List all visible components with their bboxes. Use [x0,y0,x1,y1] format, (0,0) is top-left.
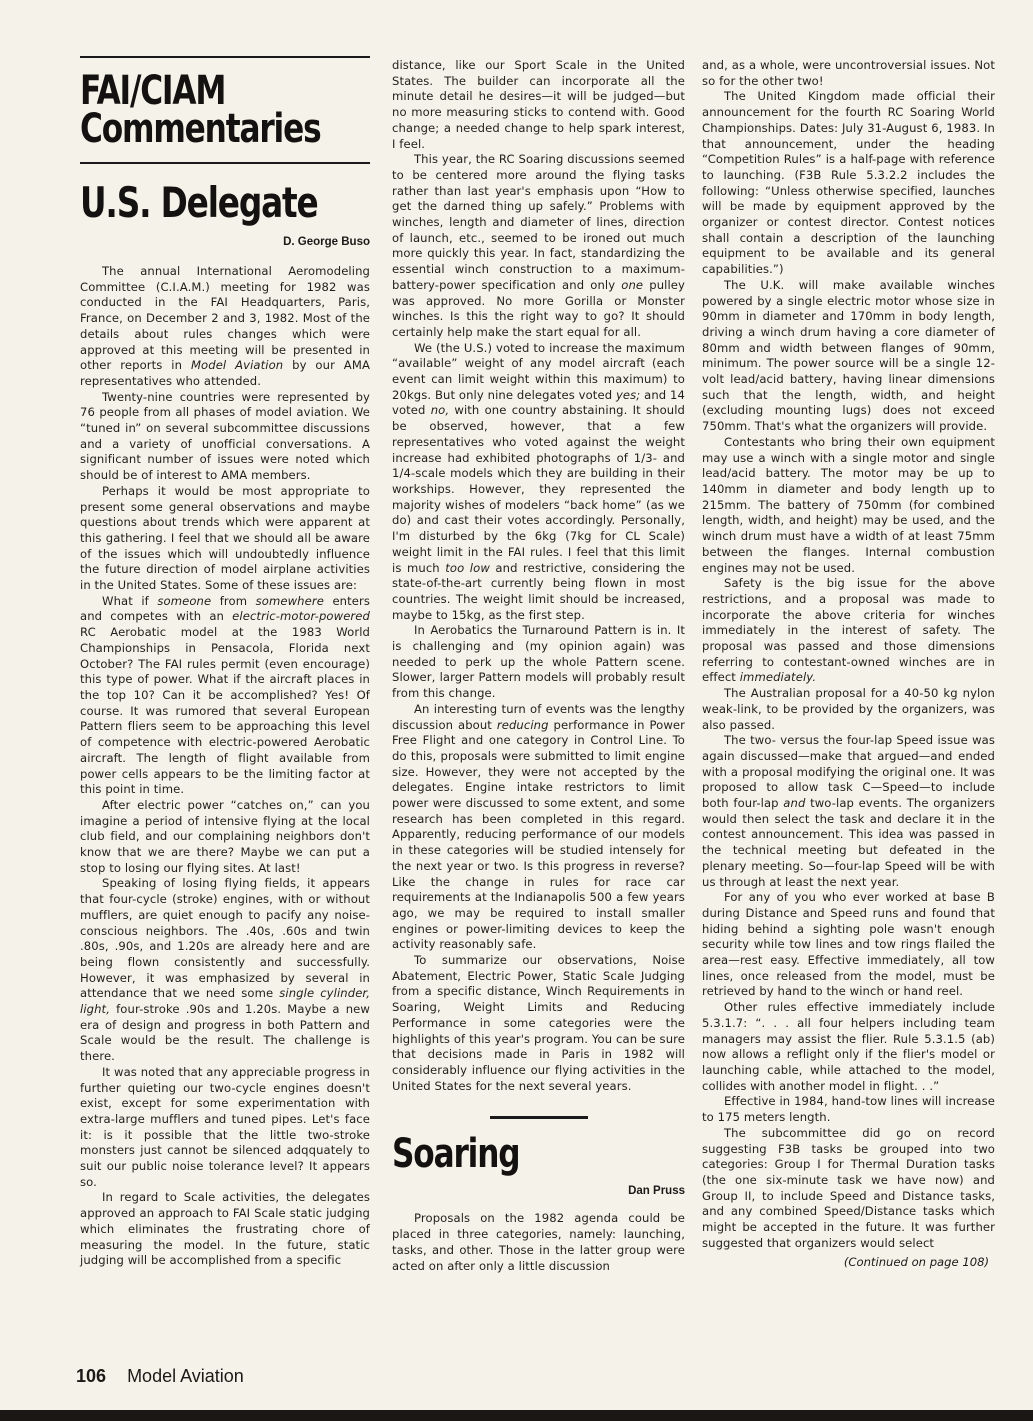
paragraph: Twenty-nine countries were represented b… [80,390,370,484]
emphasis: reducing [497,718,549,732]
emphasis: yes; [616,388,640,402]
paragraph: The United Kingdom made official their a… [702,89,995,277]
magazine-page: FAI/CIAM Commentaries U.S. Delegate D. G… [0,0,1033,1410]
paragraph: Contestants who bring their own equipmen… [702,435,995,576]
emphasis: no, [431,403,449,417]
emphasis: and [783,796,805,810]
soaring-divider-rule [490,1116,588,1119]
paragraph: Safety is the big issue for the above re… [702,576,995,686]
paragraph: Speaking of losing flying fields, it app… [80,876,370,1064]
section-title-line-2: Commentaries [80,110,306,148]
paragraph: To summarize our observations, Noise Aba… [392,953,685,1094]
paragraph: Other rules effective immediately includ… [702,1000,995,1094]
article-title-soaring: Soaring [392,1135,621,1173]
magazine-name: Model Aviation [127,1366,244,1386]
paragraph: Perhaps it would be most appropriate to … [80,484,370,594]
paragraph: After electric power “catches on,” can y… [80,798,370,877]
paragraph: Effective in 1984, hand-tow lines will i… [702,1094,995,1125]
emphasis: one [621,278,643,292]
paragraph: The U.K. will make available winches pow… [702,278,995,435]
paragraph: The Australian proposal for a 40-50 kg n… [702,686,995,733]
paragraph: In Aerobatics the Turnaround Pattern is … [392,623,685,702]
column-3: and, as a whole, were uncontroversial is… [702,58,995,1269]
column-1: FAI/CIAM Commentaries U.S. Delegate D. G… [80,56,370,1269]
paragraph: In regard to Scale activities, the deleg… [80,1190,370,1269]
paragraph: Proposals on the 1982 agenda could be pl… [392,1211,685,1274]
article-1-body-col1: The annual International Aeromodeling Co… [80,264,370,1269]
byline-buso: D. George Buso [80,236,370,248]
paragraph: For any of you who ever worked at base B… [702,890,995,1000]
emphasis: someone [157,594,211,608]
header-rule-bottom [80,162,370,164]
paragraph: This year, the RC Soaring discussions se… [392,152,685,340]
emphasis: Model Aviation [191,358,283,372]
paragraph-continued: and, as a whole, were uncontroversial is… [702,58,995,89]
paragraph: The two- versus the four-lap Speed issue… [702,733,995,890]
paragraph: What if someone from somewhere enters an… [80,594,370,798]
header-rule-top [80,56,370,58]
page-footer: 106 Model Aviation [76,1366,244,1387]
scan-bottom-edge [0,1410,1033,1421]
paragraph: An interesting turn of events was the le… [392,702,685,953]
paragraph: It was noted that any appreciable progre… [80,1065,370,1191]
column-2: distance, like our Sport Scale in the Un… [392,58,685,1274]
emphasis: somewhere [256,594,324,608]
article-1-body-col2: This year, the RC Soaring discussions se… [392,152,685,1094]
paragraph: We (the U.S.) voted to increase the maxi… [392,341,685,624]
paragraph: The subcommittee did go on record sugges… [702,1126,995,1252]
paragraph: The annual International Aeromodeling Co… [80,264,370,390]
article-title-us-delegate: U.S. Delegate [80,184,306,222]
emphasis: immediately. [740,670,816,684]
emphasis: too low [445,561,490,575]
continued-on-page: (Continued on page 108) [702,1255,995,1269]
emphasis: single cylinder, light, [80,986,370,1016]
section-title-line-1: FAI/CIAM [80,72,306,110]
byline-pruss: Dan Pruss [392,1185,685,1197]
article-2-body-col3: The United Kingdom made official their a… [702,89,995,1251]
paragraph-continued: distance, like our Sport Scale in the Un… [392,58,685,152]
page-number: 106 [76,1366,106,1386]
emphasis: electric-motor-powered [232,609,370,623]
